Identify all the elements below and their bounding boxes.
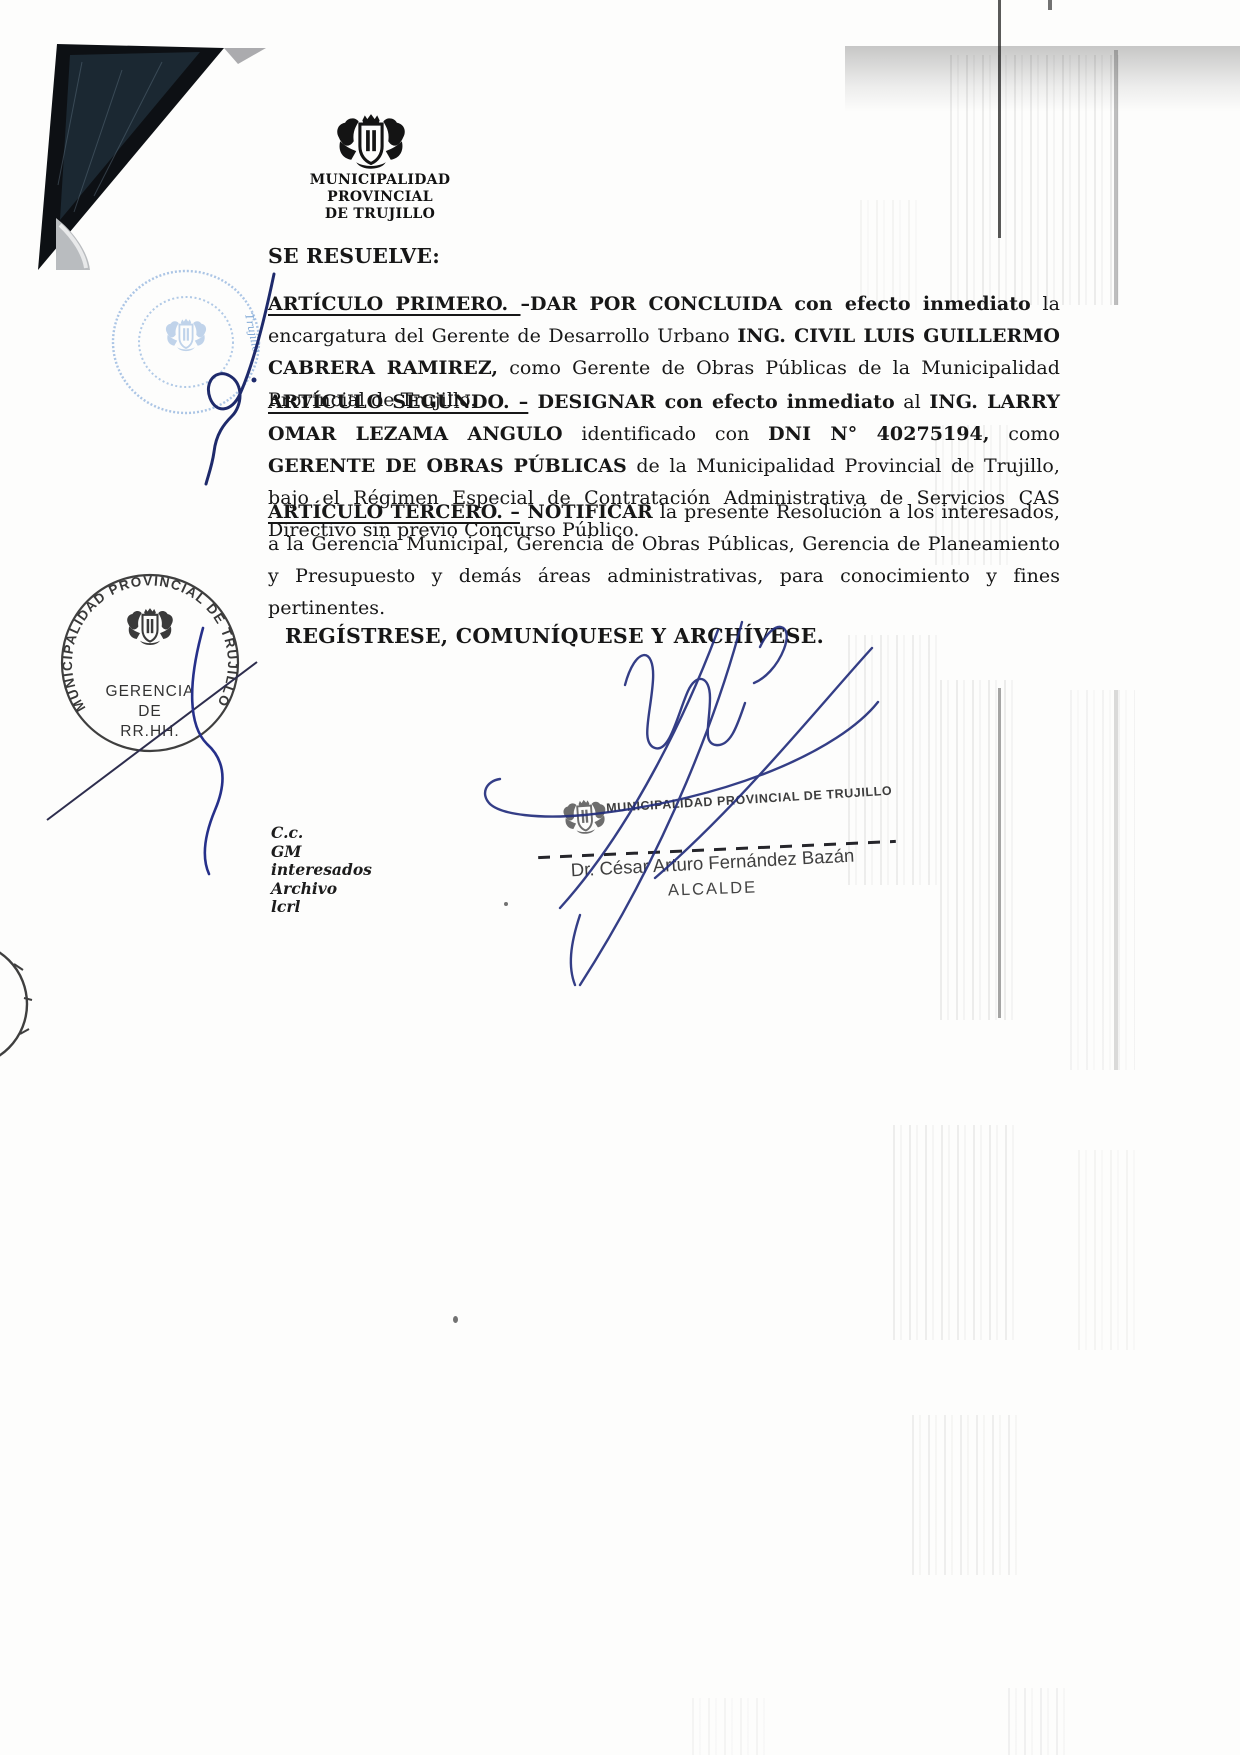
mayor-signature-strokes (420, 585, 920, 1015)
cc-distribution-block: C.c.GMinteresadosArchivolcrl (271, 824, 372, 917)
rrhh-center-line2: DE (138, 703, 162, 720)
scan-streak-band (893, 1125, 1018, 1340)
scan-streak-band (912, 1415, 1017, 1575)
scan-streak-band (1008, 1688, 1068, 1755)
rrhh-center-line1: GERENCIA (106, 683, 195, 700)
scan-speck (453, 1316, 458, 1323)
list-line: C.c. (271, 824, 372, 843)
stamp-crest-icon (127, 608, 173, 645)
scan-line (1114, 690, 1118, 1070)
list-line: GM (271, 843, 372, 862)
scan-streak-band (940, 680, 1015, 1020)
scan-speck (504, 902, 508, 906)
initial-signature-stroke (206, 274, 274, 484)
scan-speck (1048, 0, 1052, 10)
stamp-crest-icon (166, 319, 206, 351)
text-run: ARTÍCULO PRIMERO. (268, 293, 521, 315)
resolve-heading: SE RESUELVE: (268, 244, 440, 268)
scan-streak-band (1078, 1150, 1138, 1350)
left-edge-partial-stamp (0, 938, 60, 1078)
org-header: MUNICIPALIDAD PROVINCIAL DE TRUJILLO (255, 172, 505, 223)
text-run: como (989, 423, 1060, 445)
text-run: DNI N° 40275194, (768, 423, 989, 445)
scan-gray-band (845, 46, 1240, 112)
text-run: –DAR POR CONCLUIDA con efecto inmediato (521, 293, 1031, 315)
text-run: NOTIFICAR (520, 501, 653, 523)
org-name-line1: MUNICIPALIDAD PROVINCIAL (255, 172, 505, 206)
blue-round-stamp: Trujillo (102, 262, 272, 427)
scan-streak-band (692, 1698, 767, 1755)
text-run: ARTÍCULO TERCERO. – (268, 501, 520, 523)
pen-stroke (192, 628, 222, 874)
scan-streak-band (1070, 690, 1135, 1070)
text-run: ARTÍCULO SEGUNDO. – (268, 391, 528, 413)
org-name-line2: DE TRUJILLO (255, 206, 505, 223)
text-run: DESIGNAR con efecto inmediato (528, 391, 894, 413)
scan-line (998, 0, 1001, 238)
rrhh-round-stamp: MUNICIPALIDAD PROVINCIAL DE TRUJILLO GER… (55, 568, 245, 758)
municipal-crest-icon (334, 114, 408, 176)
text-run: al (895, 391, 930, 413)
text-run: GERENTE DE OBRAS PÚBLICAS (268, 455, 627, 477)
scan-line (998, 688, 1001, 1018)
list-line: Archivo (271, 880, 372, 899)
text-run: identificado con (563, 423, 768, 445)
list-line: lcrl (271, 898, 372, 917)
corner-fold-artifact (0, 0, 300, 300)
list-line: interesados (271, 861, 372, 880)
rrhh-center-line3: RR.HH. (120, 723, 179, 740)
scanned-resolution-page: MUNICIPALIDAD PROVINCIAL DE TRUJILLO SE … (0, 0, 1240, 1755)
